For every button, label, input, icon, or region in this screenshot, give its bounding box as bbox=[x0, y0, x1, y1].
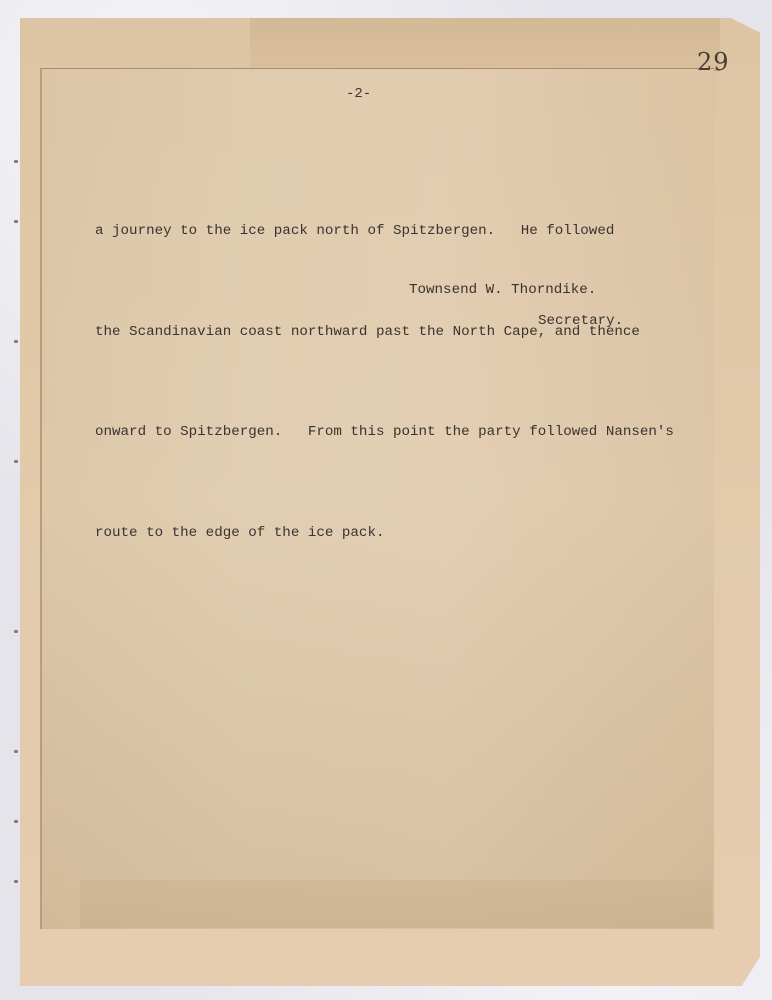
body-line: route to the edge of the ice pack. bbox=[95, 517, 715, 551]
backing-sheet-top-flap bbox=[250, 18, 720, 71]
binding-marks bbox=[14, 160, 20, 920]
page-number-marker: -2- bbox=[346, 86, 371, 102]
body-paragraph: a journey to the ice pack north of Spitz… bbox=[95, 148, 715, 584]
signature-name: Townsend W. Thorndike. bbox=[409, 282, 596, 298]
page-bottom-shadow bbox=[80, 880, 712, 928]
body-line: onward to Spitzbergen. From this point t… bbox=[95, 416, 715, 450]
folio-number: 29 bbox=[697, 48, 730, 76]
signature-title: Secretary. bbox=[538, 313, 623, 329]
body-line: a journey to the ice pack north of Spitz… bbox=[95, 215, 715, 249]
